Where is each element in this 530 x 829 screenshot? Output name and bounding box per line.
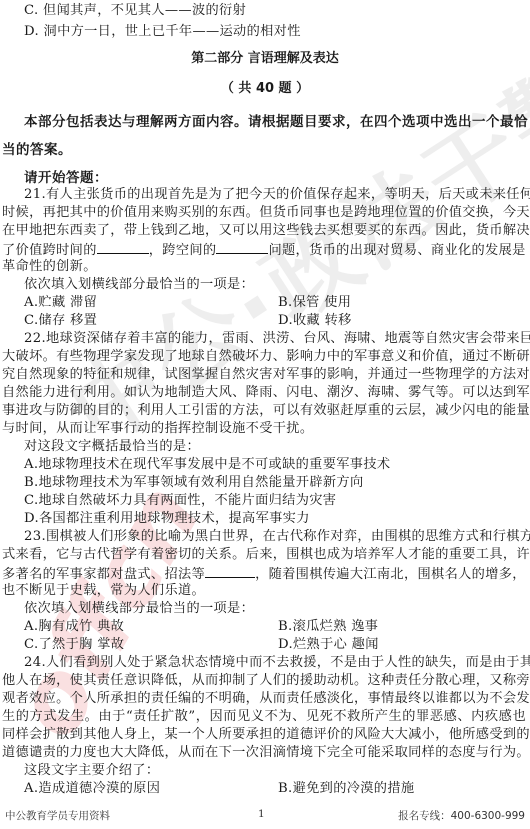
- page-bottom: [0, 0, 530, 829]
